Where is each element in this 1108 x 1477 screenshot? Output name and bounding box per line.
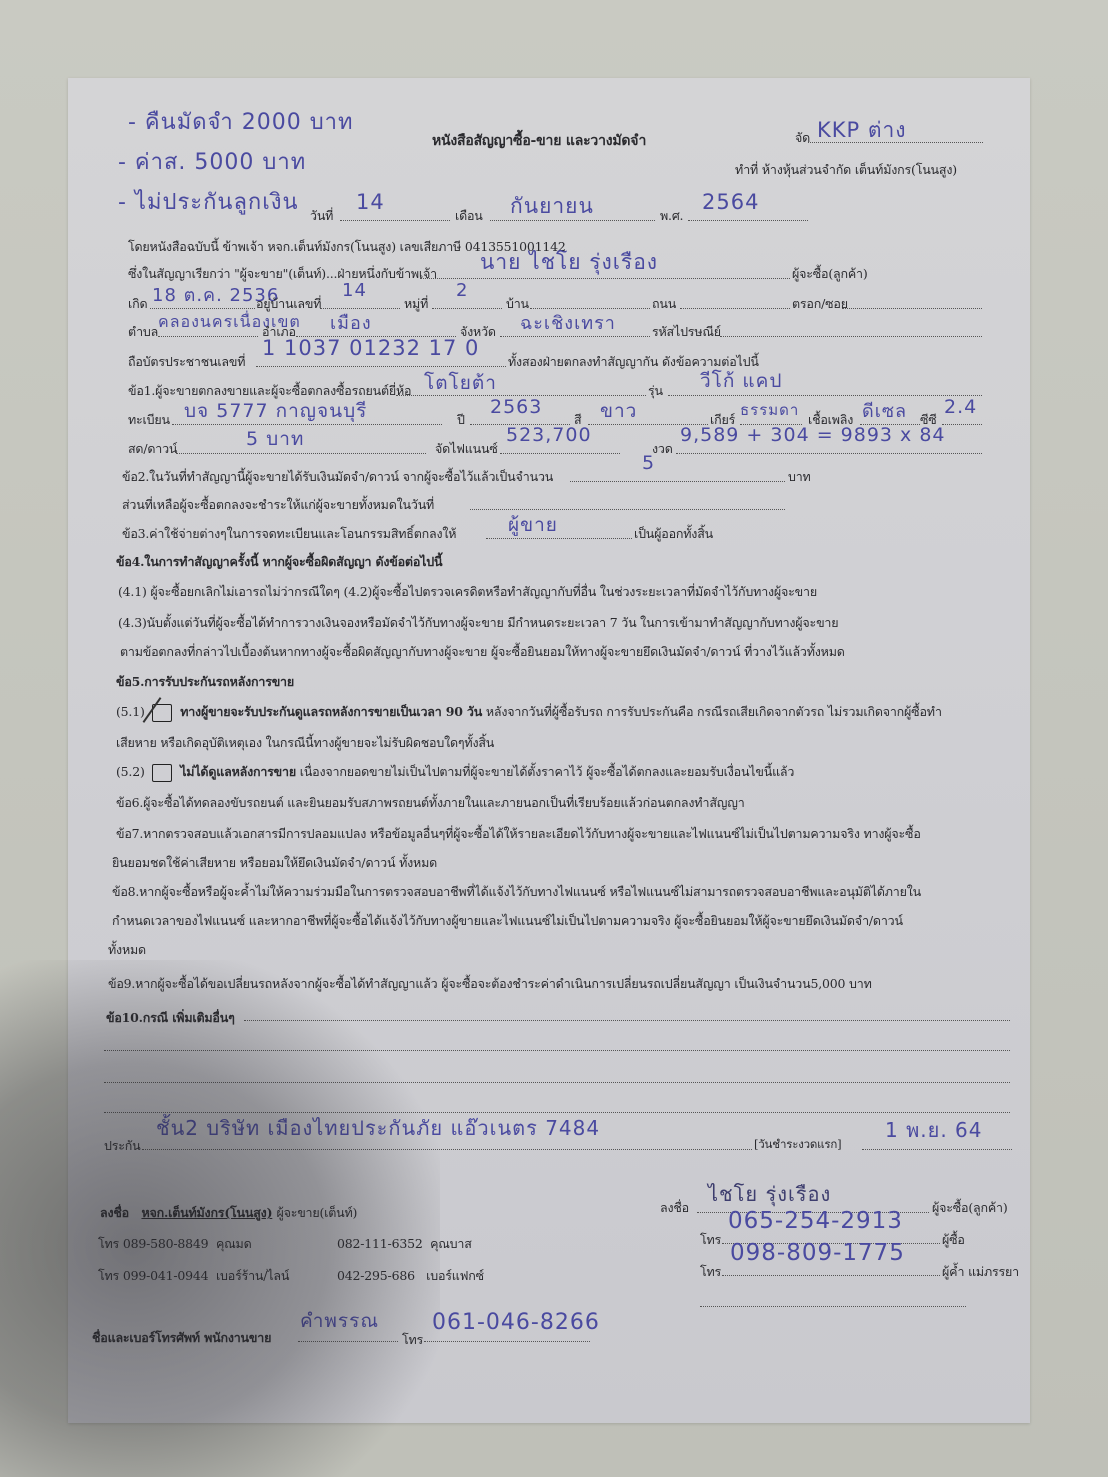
postal-label: รหัสไปรษณีย์ — [652, 322, 721, 342]
house-value: 14 — [342, 280, 367, 301]
buyer-phone2-role: ผู้ค้ำ แม่ภรรยา — [942, 1262, 1019, 1282]
seller-contact-2: 082-111-6352 คุณบาส — [337, 1234, 472, 1254]
clause-5-2-label: (5.2) — [116, 764, 145, 779]
seller-sign-label: ลงชื่อ — [100, 1205, 129, 1220]
clause-2b: ส่วนที่เหลือผู้จะซื้อตกลงจะชำระให้แก่ผู้… — [122, 495, 434, 515]
year-value: 2564 — [702, 190, 759, 214]
year-line — [688, 220, 808, 221]
clause-9: ข้อ9.หากผู้จะซื้อได้ขอเปลี่ยนรถหลังจากผู… — [108, 974, 872, 994]
id-number: 1 1037 01232 17 0 — [262, 336, 479, 360]
clause-4: ข้อ4.ในการทำสัญญาครั้งนี้ หากผู้จะซื้อผิ… — [116, 552, 442, 572]
clause2-amount-line — [570, 481, 785, 482]
contact-phone: 042-295-686 — [337, 1268, 415, 1283]
clause-5-1-bold: ทางผู้ขายจะรับประกันดูแลรถหลังการขายเป็น… — [180, 704, 482, 719]
reg-label: ทะเบียน — [128, 410, 170, 430]
seller-contact-3: โทร 099-041-0944 เบอร์ร้าน/ไลน์ — [98, 1266, 289, 1286]
clause-10: ข้อ10.กรณี เพิ่มเติมอื่นๆ — [106, 1008, 235, 1028]
installment-label: งวด — [652, 439, 673, 459]
clause10-line-2 — [104, 1050, 1010, 1051]
seller-contact-1: โทร 089-580-8849 คุณมด — [98, 1234, 252, 1254]
clause-2: ข้อ2.ในวันที่ทำสัญญานี้ผู้จะขายได้รับเงิ… — [122, 467, 553, 487]
subdistrict-label: ตำบล — [128, 322, 158, 342]
postal-line — [720, 336, 982, 337]
registration-value: บจ 5777 กาญจนบุรี — [184, 396, 367, 426]
salesperson-phone: 061-046-8266 — [432, 1310, 600, 1335]
seller-name: หจก.เต็นท์มังกร(โนนสูง) — [141, 1205, 272, 1220]
contact-name: เบอร์แฟกซ์ — [426, 1268, 484, 1283]
checkbox-5-1[interactable] — [152, 704, 172, 722]
contact-phone: 082-111-6352 — [337, 1236, 423, 1251]
jat-label: จัด — [795, 128, 810, 148]
insurance-line — [142, 1149, 752, 1150]
gear-value: ธรรมดา — [740, 398, 799, 422]
insurance-label: ประกัน — [104, 1136, 140, 1156]
model-value: วีโก้ แคป — [700, 366, 782, 396]
buyer-sign-role: ผู้จะซื้อ(ลูกค้า) — [932, 1198, 1008, 1218]
contact-phone: โทร 099-041-0944 — [98, 1268, 208, 1283]
clause-7b: ยินยอมชดใช้ค่าเสียหาย หรือยอมให้ยึดเงินม… — [112, 853, 437, 873]
clause-5-2-bold: ไม่ได้ดูแลหลังการขาย — [180, 764, 296, 779]
clause-5-2: (5.2) ไม่ได้ดูแลหลังการขาย เนื่องจากยอดข… — [116, 762, 794, 782]
road-line — [680, 308, 790, 309]
buyer-extra-line — [700, 1306, 966, 1307]
contact-name: เบอร์ร้าน/ไลน์ — [216, 1268, 289, 1283]
buyer-phone1-role: ผู้ซื้อ — [942, 1230, 965, 1250]
margin-note-2: - ค่าส. 5000 บาท — [118, 144, 306, 179]
moo-label: หมู่ที่ — [404, 294, 428, 314]
written-at: ทำที่ ห้างหุ้นส่วนจำกัด เต็นท์มังกร(โนนส… — [735, 160, 957, 180]
down-label: สด/ดาวน์ — [128, 439, 177, 459]
finance-line — [500, 453, 620, 454]
fuel-value: ดีเซล — [862, 396, 907, 425]
clause-8: ข้อ8.หากผู้จะซื้อหรือผู้จะค้ำไม่ให้ความร… — [112, 882, 921, 902]
color-value: ขาว — [600, 396, 637, 426]
clause-5-1b: เสียหาย หรือเกิดอุบัติเหตุเอง ในกรณีนี้ท… — [116, 733, 494, 753]
insurance-value: ชั้น2 บริษัท เมืองไทยประกันภัย แอ๊วเนตร … — [156, 1112, 600, 1144]
finance-label: จัดไฟแนนซ์ — [435, 439, 498, 459]
subdistrict-line — [158, 336, 258, 337]
id-line — [256, 366, 506, 367]
vyear-label: ปี — [457, 410, 465, 430]
salesperson-name: คำพรรณ — [300, 1306, 379, 1336]
finance-value: 523,700 — [506, 424, 592, 446]
clause-5-1-rest: หลังจากวันที่ผู้ซื้อรับรถ การรับประกันคื… — [486, 704, 942, 719]
contact-phone: โทร 089-580-8849 — [98, 1236, 208, 1251]
soi-line — [842, 308, 982, 309]
month-label: เดือน — [455, 206, 483, 226]
buyer-phone1: 065-254-2913 — [728, 1208, 903, 1234]
buyer-suffix: ผู้จะซื้อ(ลูกค้า) — [792, 264, 868, 284]
contact-name: คุณมด — [216, 1236, 252, 1251]
clause-5-2-rest: เนื่องจากยอดขายไม่เป็นไปตามที่ผู้จะขายได… — [300, 764, 794, 779]
moo-line — [432, 308, 502, 309]
buyer-signature: ไชโย รุ่งเรือง — [708, 1178, 831, 1210]
first-payment-line — [862, 1149, 1012, 1150]
clause-7: ข้อ7.หากตรวจสอบแล้วเอกสารมีการปลอมแปลง ห… — [116, 824, 921, 844]
seller-contact-4: 042-295-686 เบอร์แฟกซ์ — [337, 1266, 484, 1286]
soi-label: ตรอก/ซอย — [792, 294, 848, 314]
buyer-phone2-label: โทร — [700, 1262, 721, 1282]
road-label: ถนน — [652, 294, 676, 314]
installment-value: 9,589 + 304 = 9893 x 84 — [680, 424, 946, 446]
seller-sign: ลงชื่อ หจก.เต็นท์มังกร(โนนสูง) ผู้จะขาย(… — [100, 1203, 357, 1223]
buyer-phone1-label: โทร — [700, 1230, 721, 1250]
first-payment-label: [วันชำระงวดแรก] — [754, 1136, 841, 1154]
checkbox-5-2[interactable] — [152, 764, 172, 782]
day-line — [340, 220, 450, 221]
clause-3: ข้อ3.ค่าใช้จ่ายต่างๆในการจดทะเบียนและโอน… — [122, 524, 456, 544]
buyer-name: นาย ไชโย รุ่งเรือง — [480, 246, 658, 279]
province-value: ฉะเชิงเทรา — [520, 308, 616, 337]
clause-6: ข้อ6.ผู้จะซื้อได้ทดลองขับรถยนต์ และยินยอ… — [116, 793, 745, 813]
month-value: กันยายน — [510, 190, 594, 223]
salesperson-name-line — [298, 1341, 398, 1342]
brand-value: โตโยต้า — [424, 368, 497, 398]
clause-8b: กำหนดเวลาของไฟแนนซ์ และหากอาชีพที่ผู้จะซ… — [112, 911, 903, 931]
first-payment-value: 1 พ.ย. 64 — [885, 1114, 983, 1146]
margin-note-3: - ไม่ประกันลูกเงิน — [118, 184, 299, 219]
day-value: 14 — [356, 190, 385, 214]
clause2-unit: บาท — [788, 467, 811, 487]
year-label: พ.ศ. — [660, 206, 683, 226]
clause10-line-1 — [244, 1020, 1010, 1021]
clause-5-1: (5.1) ทางผู้ขายจะรับประกันดูแลรถหลังการข… — [116, 702, 942, 722]
clause-8c: ทั้งหมด — [108, 940, 146, 960]
jat-value: KKP ต่าง — [817, 114, 907, 147]
cc-value: 2.4 — [944, 396, 977, 418]
cc-line — [942, 424, 982, 425]
id-label: ถือบัตรประชาชนเลขที่ — [128, 352, 245, 372]
clause2-amount: 5 — [642, 452, 655, 474]
buyer-phone2: 098-809-1775 — [730, 1240, 905, 1266]
document-title: หนังสือสัญญาซื้อ-ขาย และวางมัดจำ — [432, 130, 646, 152]
buyer-phone2-line — [722, 1275, 940, 1276]
vyear-value: 2563 — [490, 396, 542, 418]
seller-role: ผู้จะขาย(เต็นท์) — [276, 1205, 357, 1220]
clause-5-1-label: (5.1) — [116, 704, 145, 719]
down-value: 5 บาท — [246, 424, 304, 454]
clause-4-3b: ตามข้อตกลงที่กล่าวไปเบื้องต้นหากทางผู้จะ… — [120, 642, 845, 662]
salesperson-phone-line — [424, 1341, 590, 1342]
clause3-suffix: เป็นผู้ออกทั้งสิ้น — [634, 524, 713, 544]
salesperson-phone-label: โทร — [402, 1330, 423, 1350]
district-value: เมือง — [330, 308, 372, 337]
salesperson-label: ชื่อและเบอร์โทรศัพท์ พนักงานขาย — [92, 1328, 271, 1348]
clause3-value: ผู้ขาย — [508, 510, 558, 540]
moo-value: 2 — [456, 280, 468, 301]
clause-5: ข้อ5.การรับประกันรถหลังการขาย — [116, 672, 294, 692]
clause-4-1: (4.1) ผู้จะซื้อยกเลิกไม่เอารถไม่ว่ากรณีใ… — [118, 582, 817, 602]
birth-label: เกิด — [128, 294, 147, 314]
buyer-sign-label: ลงชื่อ — [660, 1198, 689, 1218]
clause-4-3: (4.3)นับตั้งแต่วันที่ผู้จะซื้อได้ทำการวา… — [118, 613, 838, 633]
margin-note-1: - คืนมัดจำ 2000 บาท — [128, 104, 354, 139]
contact-name: คุณบาส — [430, 1236, 472, 1251]
day-label: วันที่ — [310, 206, 333, 226]
model-label: รุ่น — [648, 381, 663, 401]
installment-line — [676, 453, 982, 454]
clause10-line-3 — [104, 1082, 1010, 1083]
